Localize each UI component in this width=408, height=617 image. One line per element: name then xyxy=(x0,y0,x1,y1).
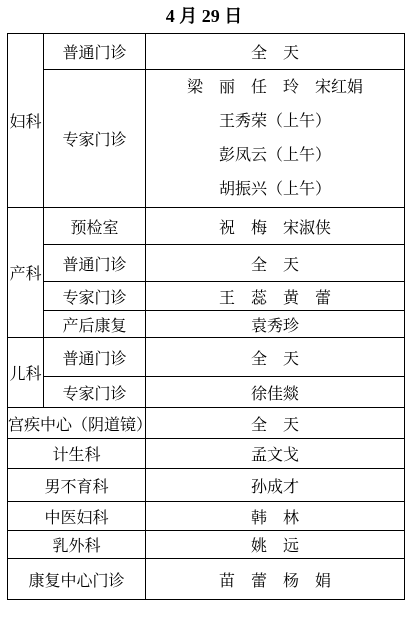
clinic-value: 孙成才 xyxy=(146,469,405,502)
table-row: 专家门诊 徐佳燚 xyxy=(8,377,405,408)
clinic-value: 全 天 xyxy=(146,338,405,377)
dept-cell-rehab-center: 康复中心门诊 xyxy=(8,559,146,600)
table-row: 专家门诊 王 蕊 黄 蕾 xyxy=(8,282,405,311)
clinic-label-postpartum: 产后康复 xyxy=(44,311,146,338)
clinic-value: 孟文戈 xyxy=(146,439,405,469)
table-row: 产后康复 袁秀珍 xyxy=(8,311,405,338)
doctor-line: 王秀荣（上午） xyxy=(146,105,404,139)
dept-cell-obstetrics: 产科 xyxy=(8,208,44,338)
doctor-line: 彭凤云（上午） xyxy=(146,139,404,173)
dept-cell-breast-surgery: 乳外科 xyxy=(8,531,146,559)
clinic-label-ordinary: 普通门诊 xyxy=(44,34,146,70)
clinic-value: 姚 远 xyxy=(146,531,405,559)
dept-cell-male-infertility: 男不育科 xyxy=(8,469,146,502)
clinic-value: 韩 林 xyxy=(146,502,405,531)
dept-cell-pediatrics: 儿科 xyxy=(8,338,44,408)
dept-cell-family-planning: 计生科 xyxy=(8,439,146,469)
table-row: 康复中心门诊 苗 蕾 杨 娟 xyxy=(8,559,405,600)
dept-cell-tcm-gynecology: 中医妇科 xyxy=(8,502,146,531)
table-row: 宫疾中心（阴道镜） 全 天 xyxy=(8,408,405,439)
schedule-page: 4 月 29 日 妇科 普通门诊 全 天 专家门诊 梁 丽 任 玲 宋红娟 王秀… xyxy=(0,0,408,617)
clinic-label-expert: 专家门诊 xyxy=(44,282,146,311)
table-row: 产科 预检室 祝 梅 宋淑侠 xyxy=(8,208,405,245)
clinic-label-prescreen: 预检室 xyxy=(44,208,146,245)
dept-cell-gynecology: 妇科 xyxy=(8,34,44,208)
clinic-value: 苗 蕾 杨 娟 xyxy=(146,559,405,600)
clinic-label-expert: 专家门诊 xyxy=(44,70,146,208)
clinic-value: 袁秀珍 xyxy=(146,311,405,338)
clinic-value: 全 天 xyxy=(146,34,405,70)
table-row: 妇科 普通门诊 全 天 xyxy=(8,34,405,70)
doctor-line: 梁 丽 任 玲 宋红娟 xyxy=(146,71,404,105)
table-row: 计生科 孟文戈 xyxy=(8,439,405,469)
clinic-value: 王 蕊 黄 蕾 xyxy=(146,282,405,311)
table-row: 专家门诊 梁 丽 任 玲 宋红娟 王秀荣（上午） 彭凤云（上午） 胡振兴（上午） xyxy=(8,70,405,208)
schedule-table: 妇科 普通门诊 全 天 专家门诊 梁 丽 任 玲 宋红娟 王秀荣（上午） 彭凤云… xyxy=(7,33,405,600)
table-row: 中医妇科 韩 林 xyxy=(8,502,405,531)
table-row: 男不育科 孙成才 xyxy=(8,469,405,502)
clinic-label-ordinary: 普通门诊 xyxy=(44,338,146,377)
page-title: 4 月 29 日 xyxy=(0,6,408,26)
expert-doctor-list: 梁 丽 任 玲 宋红娟 王秀荣（上午） 彭凤云（上午） 胡振兴（上午） xyxy=(146,70,405,208)
clinic-label-expert: 专家门诊 xyxy=(44,377,146,408)
dept-cell-cervical-center: 宫疾中心（阴道镜） xyxy=(8,408,146,439)
clinic-value: 全 天 xyxy=(146,245,405,282)
clinic-value: 全 天 xyxy=(146,408,405,439)
table-row: 儿科 普通门诊 全 天 xyxy=(8,338,405,377)
clinic-value: 祝 梅 宋淑侠 xyxy=(146,208,405,245)
table-row: 普通门诊 全 天 xyxy=(8,245,405,282)
clinic-label-ordinary: 普通门诊 xyxy=(44,245,146,282)
table-row: 乳外科 姚 远 xyxy=(8,531,405,559)
doctor-line: 胡振兴（上午） xyxy=(146,173,404,207)
clinic-value: 徐佳燚 xyxy=(146,377,405,408)
